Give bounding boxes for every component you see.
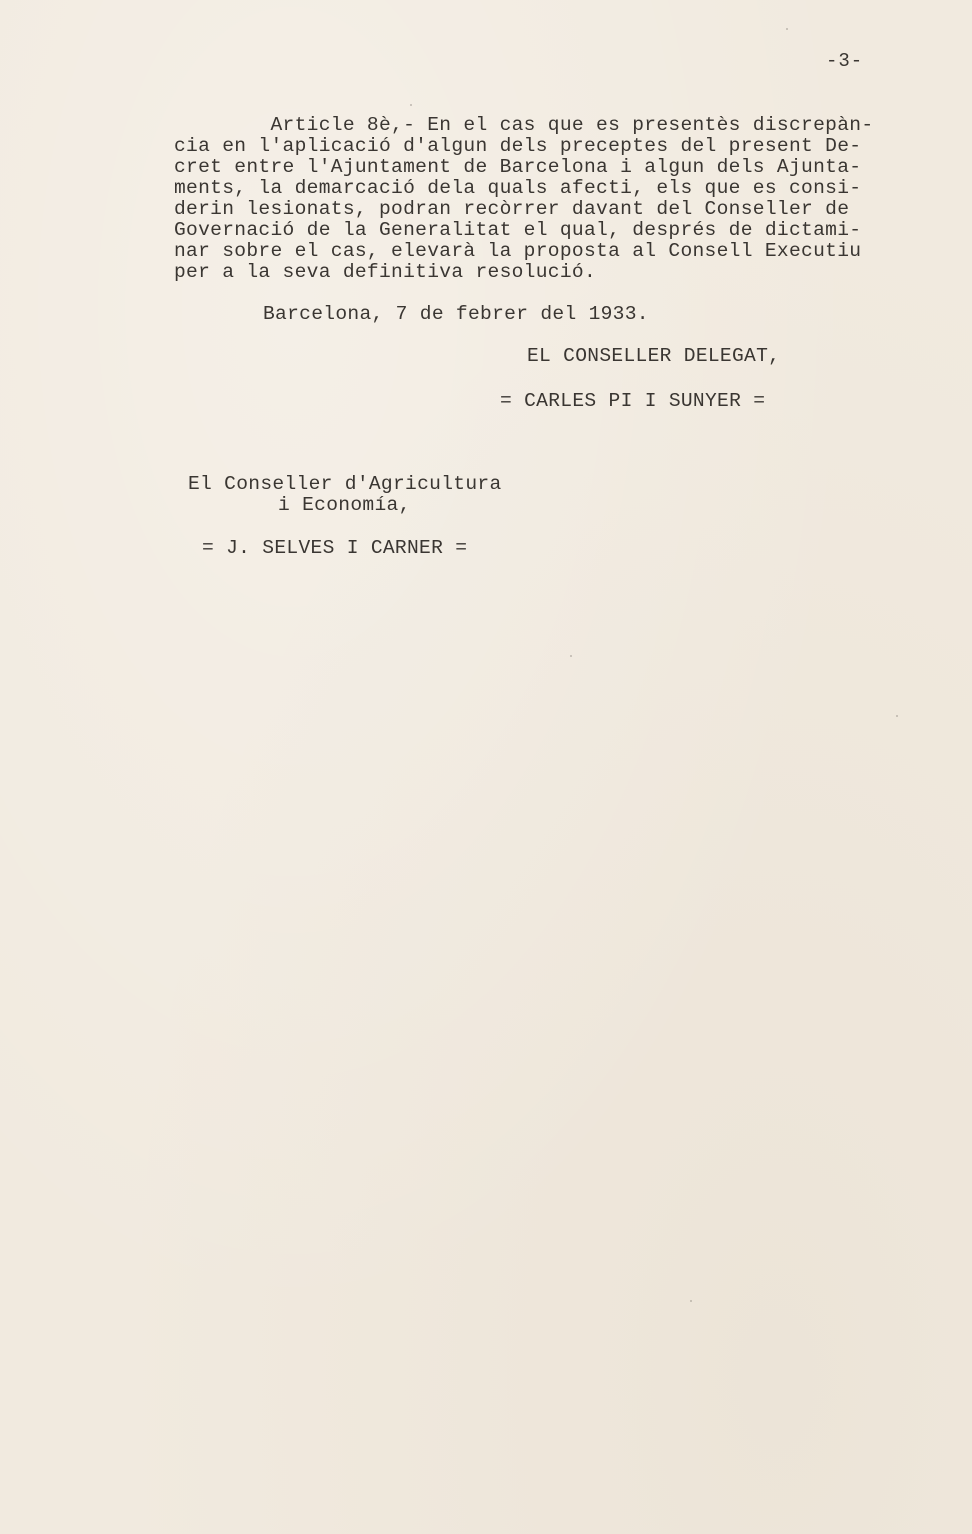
article-line: ments, la demarcació dela quals afecti, … bbox=[174, 178, 861, 198]
article-line: derin lesionats, podran recòrrer davant … bbox=[174, 199, 849, 219]
signatory-1-name: = CARLES PI I SUNYER = bbox=[500, 391, 765, 411]
paper-speck bbox=[896, 715, 898, 717]
paper-speck bbox=[786, 28, 788, 30]
signatory-2-title-line-1: El Conseller d'Agricultura bbox=[188, 474, 502, 494]
signatory-2-title-line-2: i Economía, bbox=[278, 495, 411, 515]
page-number: -3- bbox=[826, 50, 863, 72]
paper-speck bbox=[410, 104, 412, 106]
article-line: Governació de la Generalitat el qual, de… bbox=[174, 220, 861, 240]
article-line: cret entre l'Ajuntament de Barcelona i a… bbox=[174, 157, 861, 177]
place-date: Barcelona, 7 de febrer del 1933. bbox=[263, 304, 649, 324]
article-line: nar sobre el cas, elevarà la proposta al… bbox=[174, 241, 861, 261]
paper-speck bbox=[570, 655, 572, 657]
paper-speck bbox=[690, 1300, 692, 1302]
signatory-2-name: = J. SELVES I CARNER = bbox=[202, 538, 467, 558]
article-line: per a la seva definitiva resolució. bbox=[174, 262, 596, 282]
signatory-1-title: EL CONSELLER DELEGAT, bbox=[527, 346, 780, 366]
article-line: cia en l'aplicació d'algun dels precepte… bbox=[174, 136, 861, 156]
article-line: Article 8è,- En el cas que es presentès … bbox=[174, 115, 873, 135]
